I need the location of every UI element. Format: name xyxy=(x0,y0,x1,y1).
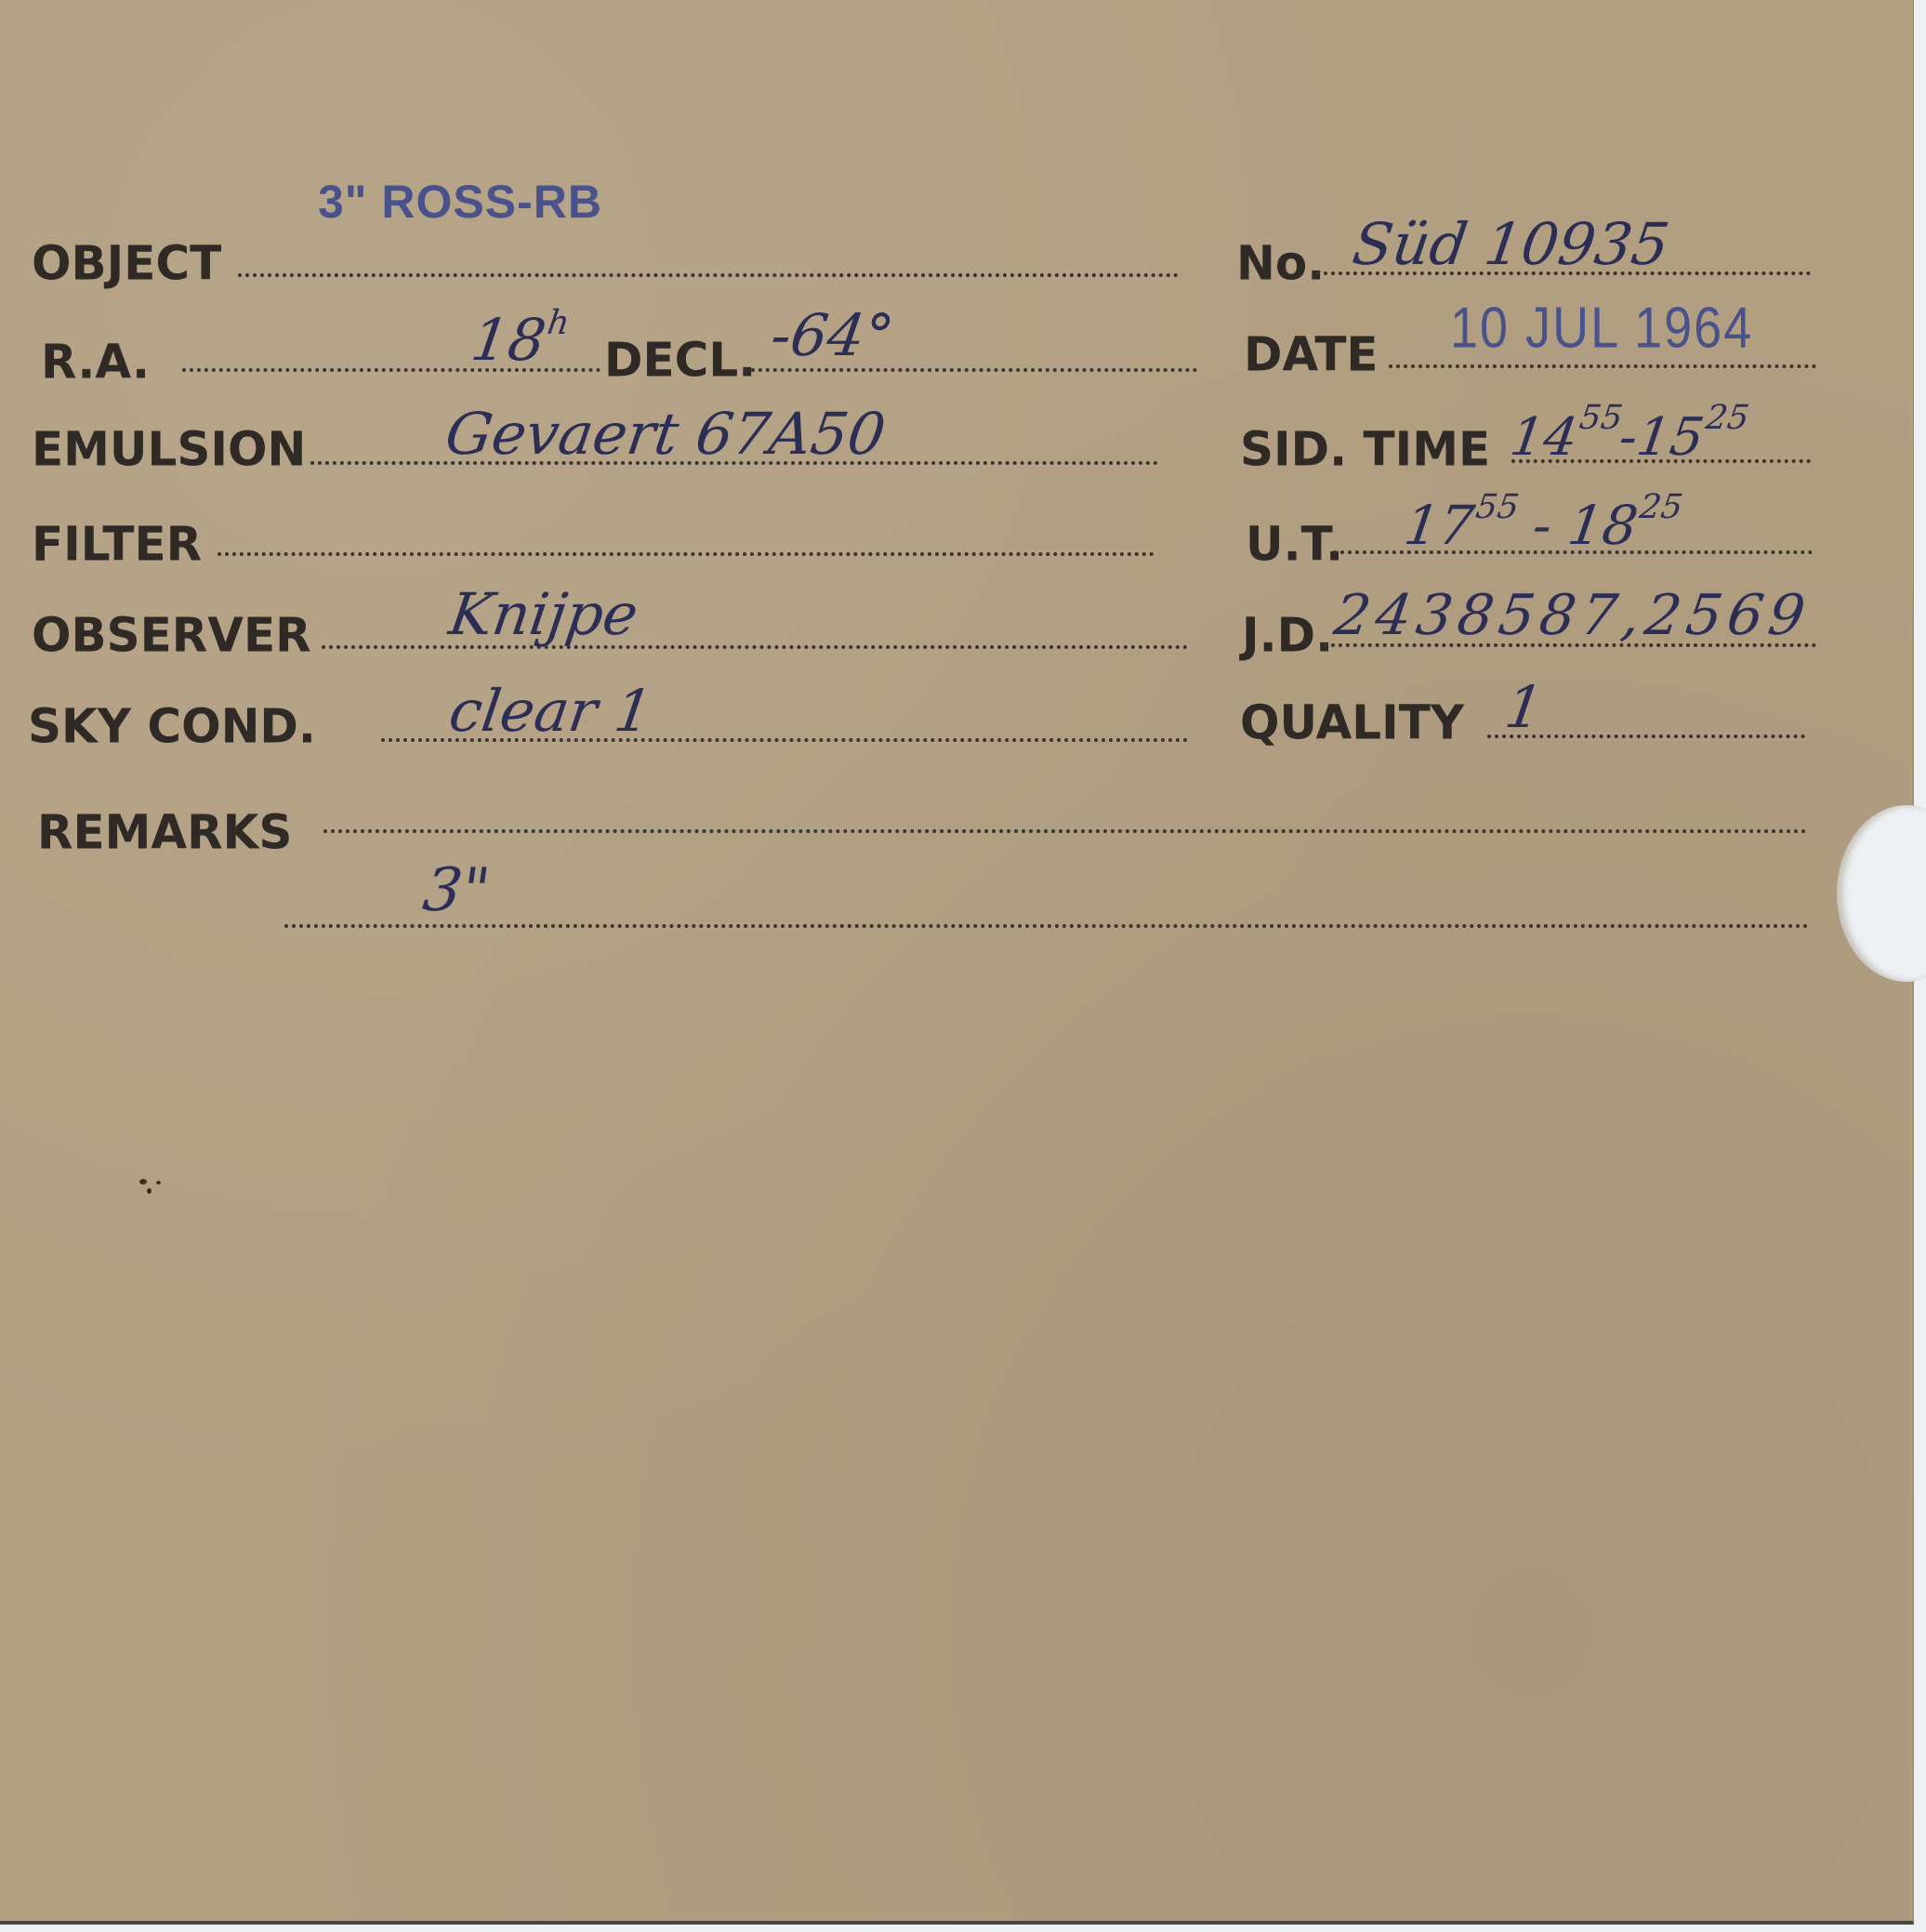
no-label: No. xyxy=(1236,240,1325,287)
sid-time-label: SID. TIME xyxy=(1240,426,1490,473)
jd-value: 2438587,2569 xyxy=(1331,588,1814,643)
decl-value: -64° xyxy=(768,307,898,364)
ink-speck xyxy=(156,1181,161,1184)
remarks-value: 3" xyxy=(420,861,494,920)
emulsion-value: Gevaert 67A50 xyxy=(442,405,889,463)
sky-cond-label: SKY COND. xyxy=(28,703,316,750)
emulsion-label: EMULSION xyxy=(32,426,306,473)
observer-value: Knijpe xyxy=(446,586,641,643)
quality-label: QUALITY xyxy=(1240,699,1464,747)
date-field-line[interactable] xyxy=(1389,364,1816,368)
remarks-field-line-1[interactable] xyxy=(323,829,1807,833)
telescope-stamp: 3" ROSS-RB xyxy=(318,179,602,225)
date-label: DATE xyxy=(1244,331,1379,378)
date-stamp-value: 10 JUL 1964 xyxy=(1450,299,1753,357)
plate-number-value: Süd 10935 xyxy=(1350,216,1673,273)
remarks-label: REMARKS xyxy=(37,809,292,856)
quality-value: 1 xyxy=(1502,679,1547,736)
sky-cond-value: clear 1 xyxy=(446,682,656,740)
ra-value: 18h xyxy=(468,307,572,369)
ink-speck xyxy=(147,1188,152,1194)
object-label: OBJECT xyxy=(32,240,221,287)
jd-label: J.D. xyxy=(1242,612,1333,659)
ra-label: R.A. xyxy=(41,338,150,386)
ink-speck xyxy=(139,1179,147,1184)
sid-time-value: 1455-1525 xyxy=(1507,402,1750,464)
ut-label: U.T. xyxy=(1246,521,1343,568)
decl-label: DECL. xyxy=(604,337,756,384)
filter-field-line[interactable] xyxy=(218,552,1154,556)
observer-label: OBSERVER xyxy=(32,612,311,659)
remarks-field-line-2[interactable] xyxy=(284,924,1809,928)
filter-label: FILTER xyxy=(32,521,202,568)
object-field-line[interactable] xyxy=(238,273,1179,277)
plate-envelope: 3" ROSS-RB OBJECT R.A. 18h DECL. -64° EM… xyxy=(0,0,1914,1925)
ut-value: 1755 - 1825 xyxy=(1401,491,1684,552)
